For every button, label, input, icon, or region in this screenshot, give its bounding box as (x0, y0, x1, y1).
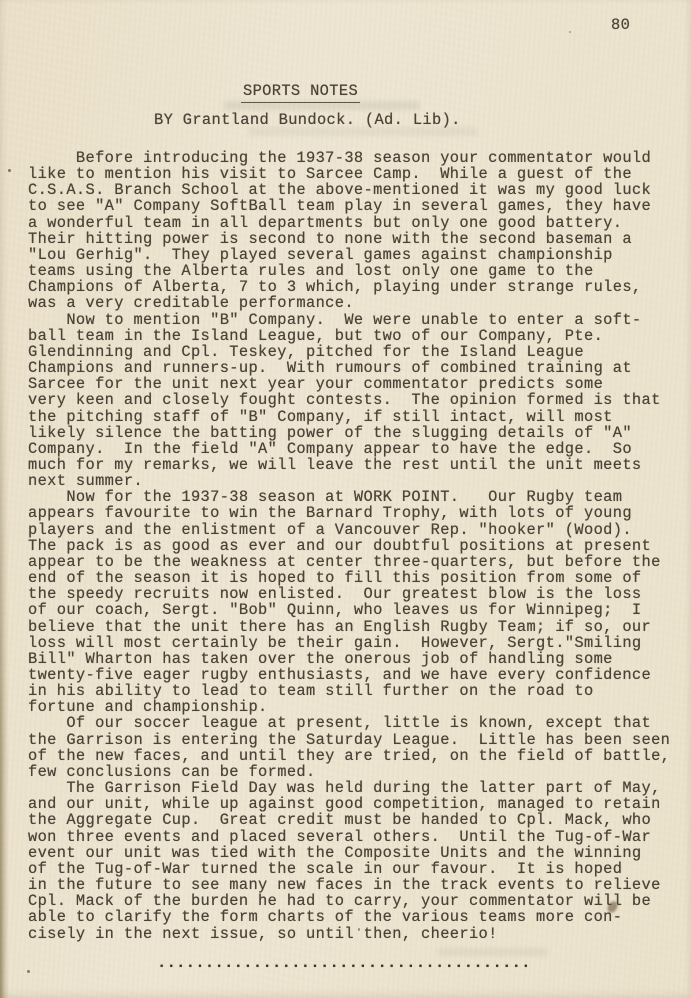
byline: BY Grantland Bundock. (Ad. Lib). (154, 111, 461, 129)
page-title: SPORTS NOTES (241, 82, 360, 103)
paragraph: Before introducing the 1937-38 season yo… (28, 150, 683, 312)
paragraph: Now to mention "B" Company. We were unab… (28, 312, 683, 490)
paragraph: Now for the 1937-38 season at WORK POINT… (28, 489, 683, 715)
document-body: Before introducing the 1937-38 season yo… (28, 150, 683, 942)
paragraph: The Garrison Field Day was held during t… (28, 780, 683, 942)
page-number: 80 (611, 16, 630, 34)
paragraph: Of our soccer league at present, little … (28, 715, 683, 780)
scan-left-edge (0, 0, 9, 998)
scan-speck (569, 31, 571, 33)
scan-speck (27, 970, 30, 973)
dotted-divider: ....................................... (157, 954, 531, 972)
document-page: 80 SPORTS NOTES BY Grantland Bundock. (A… (0, 0, 691, 998)
